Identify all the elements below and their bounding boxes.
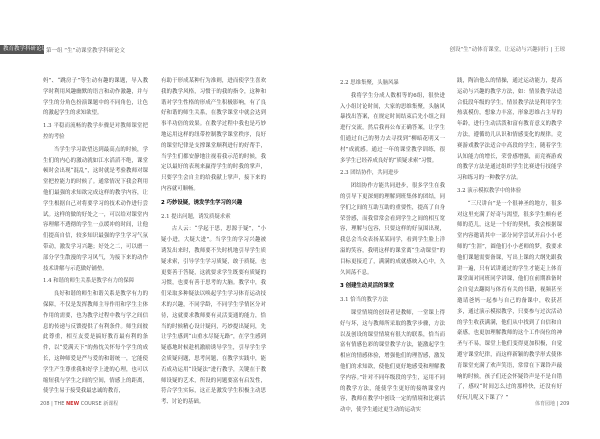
footer-separator: | [557, 401, 559, 407]
running-title-right: 创设“生”动体育课堂，让运动与兴趣同行 | 王琼 [449, 45, 565, 53]
footer-right: 体育园地 | 209 [535, 400, 569, 407]
subsection-heading: 2.3 团结协作，共同进步 [340, 168, 445, 179]
paragraph: 当学生学习欲望达到最高点的时候，学生们的内心的激动就如江水滔滔不绝，课堂顿时会出… [43, 145, 148, 275]
paragraph: 我将学生分成人数相等的6组，很快进入小组讨论时间，大家的思维集聚，头脑风暴找出答… [340, 91, 445, 167]
subsection-heading: 3.2 演示模拟教学中的体验 [457, 186, 562, 197]
paragraph: 践，陶冶他么的情操，通过运动能力，提高运动与兴趣的教学方法，如：情景教学法适合低… [457, 76, 562, 184]
subsection-heading: 1.4 和谐的师生关系是教学有力的保障 [43, 276, 148, 287]
paragraph: 良好和谐的师生和谐关系是教学有力的保障，不仅是发挥教师主导作用和学生主体作用的需… [43, 289, 148, 397]
section-heading: 3 创建生动灵活的课堂 [340, 281, 445, 292]
section-tag: 教育教学科研论坛 [0, 45, 44, 54]
page-number-left: 208 [40, 401, 50, 407]
paragraph: 妈”、“跳房子”等生动有趣的课题，导入教学时利用风趣幽默的语言和动作激趣，并与学… [43, 76, 148, 119]
paragraph: 古人云：“学起于思，思源于疑”，“小疑小进，大疑大进”。当学生的学习兴趣被诱发出… [161, 224, 266, 408]
paragraph: 课堂情境的创设者是教师，一堂课上得好与坏，这与教师所采取的教学步骤，方法以及创设… [340, 308, 445, 416]
page-number-right: 209 [560, 401, 570, 407]
subsection-heading: 2.1 提出问题，诱发质疑求索 [161, 212, 266, 223]
subsection-heading: 1.3 平稳而流畅的教学步骤是对教师课堂把控的考验 [43, 121, 148, 143]
paragraph: 有助于形成某种行为准则，进而使学生喜欢我的教学风格，习惯于的我的指令，这种和谐对… [161, 76, 266, 195]
footer-separator: | [51, 401, 53, 407]
section-heading: 2 巧妙设疑，诱发学生学习的兴趣 [161, 198, 266, 209]
footer-left: 208 | THE NEW COURSE 新课程 [40, 400, 118, 407]
magazine-brand: NEW [66, 401, 79, 407]
text-column-4: 践，陶冶他么的情操，通过运动能力，提高运动与兴趣的教学方法，如：情景教学法适合低… [457, 76, 562, 404]
magazine-brand-prefix: THE [54, 401, 64, 407]
running-title-left: 第一组 “生”动课堂教学科研论文 [46, 46, 125, 54]
paragraph: 团结协作方能共同进步，很多学生在我的引导下更深刻的理解到班集体的团结，同学们之间… [340, 181, 445, 278]
subsection-heading: 2.2 思维集聚，头脑风暴 [340, 78, 445, 89]
paragraph: “三尺讲台”是一个很神圣的地方，很多对这里充满了好奇与渴望，很多学生颇有老师的范… [457, 199, 562, 404]
subsection-heading: 3.1 恰当的教学方法 [340, 295, 445, 306]
header-left: 教育教学科研论坛 第一组 “生”动课堂教学科研论文 [0, 45, 125, 54]
text-column-1: 妈”、“跳房子”等生动有趣的课题，导入教学时利用风趣幽默的语言和动作激趣，并与学… [43, 76, 148, 397]
section-label: 体育园地 [535, 401, 555, 407]
text-column-2: 有助于形成某种行为准则，进而使学生喜欢我的教学风格，习惯于的我的指令，这种和谐对… [161, 76, 266, 408]
magazine-brand-suffix: COURSE 新课程 [81, 401, 118, 407]
text-column-3: 2.2 思维集聚，头脑风暴 我将学生分成人数相等的6组，很快进入小组讨论时间，大… [340, 76, 445, 416]
